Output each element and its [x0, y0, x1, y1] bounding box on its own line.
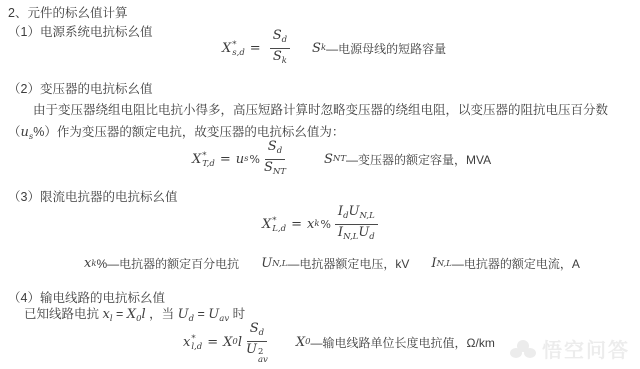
math-var: U: [246, 342, 257, 357]
legend-item: UN,L—电抗器额定电压，kV: [261, 255, 409, 272]
intro-text: ，当: [146, 307, 178, 321]
fraction-denominator: U2av: [246, 342, 268, 363]
math-lhs: X: [192, 152, 201, 167]
fraction-numerator: IdUN,L: [335, 205, 378, 225]
math-sub: d: [369, 232, 374, 242]
formula-transformer-reactance: X*T,d = us% Sd SNT SNT—变压器的额定容量，MVA: [192, 143, 491, 175]
math-sub: l,d: [191, 343, 202, 351]
math-sub: d: [259, 328, 264, 338]
math-var: U: [349, 204, 360, 219]
math-expression: X*T,d = us% Sd SNT: [192, 140, 290, 179]
formula-legend: xk%—电抗器的额定百分电抗 UN,L—电抗器额定电压，kV IN,L—电抗器的…: [84, 255, 580, 272]
math-var: S: [273, 49, 282, 64]
math-sub: NT: [333, 154, 346, 164]
math-sub: d: [282, 35, 287, 45]
formula-source-reactance: X*s,d = Sd Sk Sk—电源母线的短路容量: [222, 33, 446, 63]
math-var: U: [208, 307, 219, 322]
percent-sign: %: [320, 218, 330, 231]
equals-sign: =: [194, 307, 208, 321]
equals-sign: =: [207, 335, 218, 350]
fraction: Sd U2av: [246, 322, 268, 363]
fraction-denominator: SNT: [264, 160, 286, 179]
math-lhs: X: [222, 41, 231, 56]
section-3-heading: （3）限流电抗器的电抗标幺值: [8, 189, 177, 206]
math-sub: N,L: [343, 232, 358, 242]
fraction: IdUN,L IN,LUd: [335, 205, 378, 244]
formula-reactor-reactance: X*L,d = xk% IdUN,L IN,LUd: [262, 205, 382, 243]
equals-sign: =: [113, 307, 127, 321]
fraction: Sd SNT: [264, 140, 286, 179]
math-var: S: [324, 152, 333, 167]
equals-sign: =: [291, 217, 302, 232]
equals-sign: =: [250, 41, 261, 56]
math-var: X: [223, 335, 232, 350]
math-var: U: [178, 307, 189, 322]
math-var: S: [312, 41, 321, 56]
math-sub: L,d: [272, 225, 286, 233]
math-var: X: [296, 335, 305, 350]
equals-sign: =: [220, 152, 231, 167]
formula-line-reactance: x*l,d = X0l Sd U2av X0—输电线路单位长度电抗值，Ω/km: [183, 324, 495, 360]
document-page: 2、元件的标幺值计算 （1）电源系统电抗标幺值 X*s,d = Sd Sk Sk…: [0, 0, 640, 369]
note-text: —电抗器的额定电流，A: [452, 255, 580, 272]
section-4-heading: （4）输电线路的电抗标幺值: [8, 290, 165, 307]
math-var: x: [84, 256, 91, 271]
math-sub: d: [277, 146, 282, 156]
note-text: —变压器的额定容量，MVA: [346, 151, 491, 168]
percent-sign: %: [33, 125, 44, 139]
math-sub: NT: [273, 167, 286, 177]
math-sub: k: [282, 56, 287, 66]
fraction: Sd Sk: [270, 29, 290, 68]
section-2-paragraph: 由于变压器绕组电阻比电抗小得多，高压短路计算时忽略变压器的绕组电阻，以变压器的阻…: [8, 99, 634, 148]
math-sub: s,d: [232, 49, 245, 57]
math-sub: T,d: [202, 160, 215, 168]
percent-sign: %: [250, 153, 260, 166]
fraction-numerator: Sd: [265, 140, 285, 160]
math-expression: x*l,d = X0l Sd U2av: [183, 322, 272, 363]
math-var: S: [268, 139, 277, 154]
fraction-numerator: Sd: [247, 322, 267, 342]
wukong-logo-icon: [509, 338, 537, 360]
math-sub: N,L: [272, 259, 287, 269]
math-expression: X*L,d = xk% IdUN,L IN,LUd: [262, 205, 382, 244]
math-lhs: X: [262, 217, 271, 232]
paragraph-text: ）作为变压器的额定电抗，故变压器的电抗标幺值为：: [44, 125, 344, 139]
math-var: S: [273, 28, 282, 43]
section-1-heading: （1）电源系统电抗标幺值: [8, 24, 152, 41]
intro-text: 时: [229, 307, 245, 321]
math-var: U: [358, 225, 369, 240]
section-2-heading: （2）变压器的电抗标幺值: [8, 81, 152, 98]
math-sub: N,L: [359, 211, 374, 221]
math-sub: k: [314, 219, 319, 229]
percent-sign: %: [97, 257, 108, 271]
math-var: x: [307, 217, 314, 232]
fraction-denominator: Sk: [273, 49, 287, 68]
math-expression: X*s,d = Sd Sk: [222, 29, 294, 68]
math-var: U: [261, 256, 272, 271]
note-text: —电源母线的短路容量: [326, 40, 446, 57]
note-text: —电抗器额定电压，kV: [287, 255, 409, 272]
math-var: l: [238, 335, 242, 350]
math-sub: s: [244, 154, 248, 164]
math-var: u: [21, 125, 29, 140]
fraction-numerator: Sd: [270, 29, 290, 49]
math-sub: N,L: [437, 259, 452, 269]
note-text: —电抗器的额定百分电抗: [107, 255, 239, 272]
math-lhs: x: [183, 335, 190, 350]
intro-text: 已知线路电抗: [24, 307, 102, 321]
math-var: S: [264, 160, 273, 175]
legend-item: IN,L—电抗器的额定电流，A: [431, 255, 579, 272]
math-var: S: [250, 321, 259, 336]
formula-note: X0—输电线路单位长度电抗值，Ω/km: [296, 334, 495, 351]
math-var: u: [236, 152, 244, 167]
watermark: 悟空问答: [509, 334, 630, 363]
math-sub: av: [258, 356, 268, 364]
formula-note: Sk—电源母线的短路容量: [312, 40, 446, 57]
legend-item: xk%—电抗器的额定百分电抗: [84, 255, 239, 272]
math-var: x: [102, 307, 109, 322]
math-var: X: [127, 307, 136, 322]
formula-note: SNT—变压器的额定容量，MVA: [324, 151, 491, 168]
fraction-denominator: IN,LUd: [338, 225, 375, 244]
page-title: 2、元件的标幺值计算: [8, 5, 127, 22]
watermark-label: 悟空问答: [542, 334, 630, 363]
note-text: —输电线路单位长度电抗值，Ω/km: [311, 334, 495, 351]
